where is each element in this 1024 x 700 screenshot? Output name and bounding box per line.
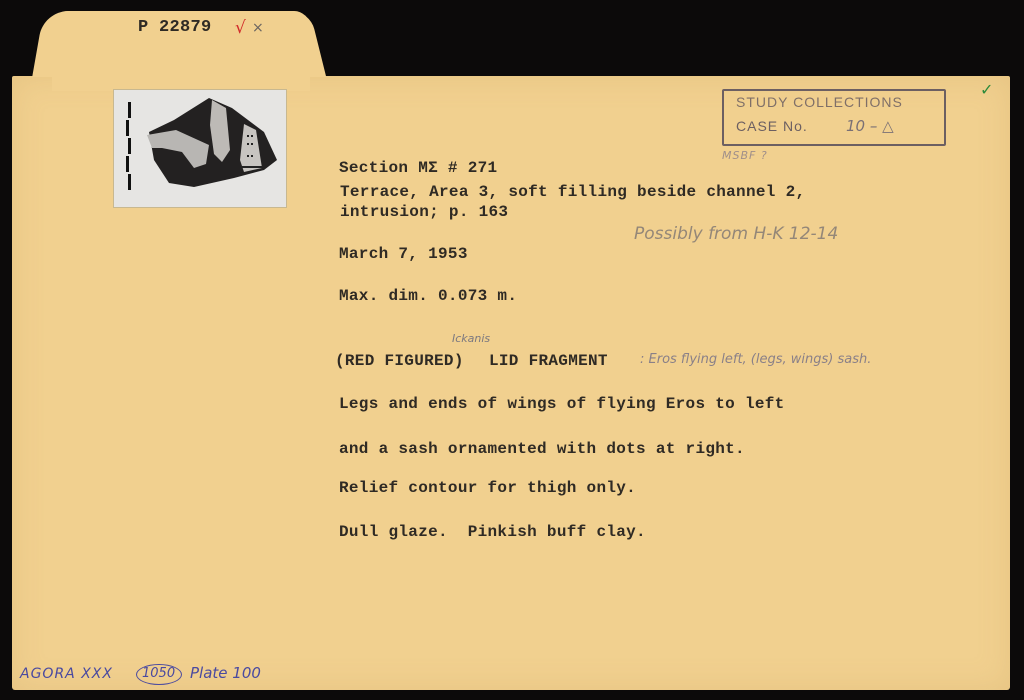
stamp-case-label: CASE No. [736,118,808,134]
description-line-2: and a sash ornamented with dots at right… [339,440,745,458]
max-dimension: Max. dim. 0.073 m. [339,287,517,305]
stamp-title: STUDY COLLECTIONS [736,94,903,110]
fragment-photo [113,89,287,208]
description-line-1: Legs and ends of wings of flying Eros to… [339,395,785,413]
msbf-note: MSBF ? [722,149,768,162]
green-check-icon: ✓ [980,80,993,99]
footer-publication-note: AGORA XXX [20,666,113,682]
red-check-icon: √ [235,18,246,38]
object-title: LID FRAGMENT [489,352,608,370]
pottery-fragment-image [114,90,286,207]
footer-circled-number: 1050 [142,666,175,681]
location-line-2: intrusion; p. 163 [340,203,508,221]
possibly-from-note: Possibly from H-K 12-14 [634,224,838,244]
description-line-3: Relief contour for thigh only. [339,479,636,497]
footer-plate-reference: Plate 100 [190,664,261,682]
title-handwritten-note: : Eros flying left, (legs, wings) sash. [640,352,871,367]
location-line-1: Terrace, Area 3, soft filling beside cha… [340,183,805,201]
stamp-case-value: 10 – △ [846,117,894,135]
section-number: Section MΣ # 271 [339,159,497,177]
catalog-number: P 22879 [138,18,212,37]
description-line-4: Dull glaze. Pinkish buff clay. [339,523,646,541]
excavation-date: March 7, 1953 [339,245,468,263]
study-collections-stamp: STUDY COLLECTIONS CASE No. 10 – △ [722,89,946,146]
object-type: (RED FIGURED) [335,352,464,370]
title-insert-note: Ickanis [452,332,490,345]
cross-mark-icon: × [252,20,264,36]
